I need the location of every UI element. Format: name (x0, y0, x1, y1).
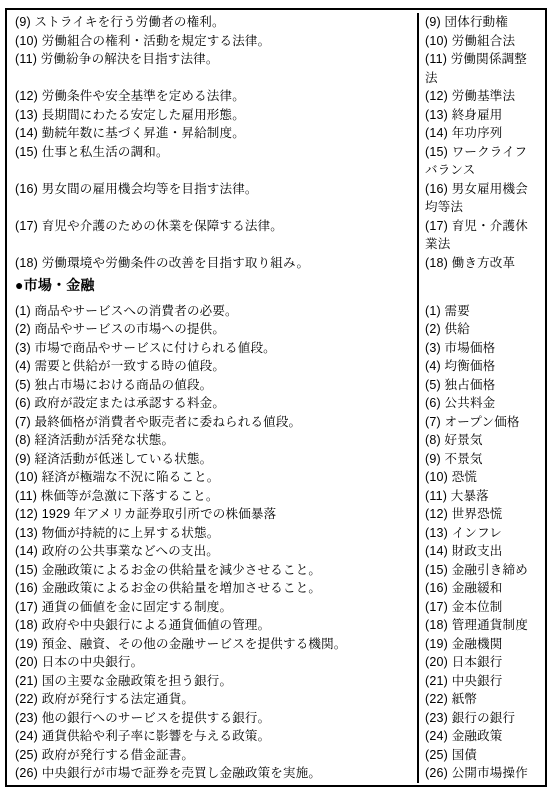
table-row: (11) 労働紛争の解決を目指す法律。 (11) 労働関係調整 法 (7, 50, 545, 87)
term-cell: (13) 終身雇用 (417, 106, 545, 125)
term-cell: (16) 男女雇用機会 均等法 (417, 180, 545, 217)
term-cell: (19) 金融機関 (417, 635, 545, 654)
term-cell: (26) 公開市場操作 (417, 764, 545, 783)
table-row: (23) 他の銀行へのサービスを提供する銀行。 (23) 銀行の銀行 (7, 709, 545, 728)
description-cell: (3) 市場で商品やサービスに付けられる値段。 (7, 339, 417, 358)
table-row: (14) 勤続年数に基づく昇進・昇給制度。 (14) 年功序列 (7, 124, 545, 143)
term-cell: (7) オープン価格 (417, 413, 545, 432)
table-row: (18) 労働環境や労働条件の改善を目指す取り組み。 (18) 働き方改革 (7, 254, 545, 273)
vocab-table: (9) ストライキを行う労働者の権利。 (9) 団体行動権 (10) 労働組合の… (5, 8, 547, 787)
term-cell: (17) 金本位制 (417, 598, 545, 617)
description-cell: (9) ストライキを行う労働者の権利。 (7, 13, 417, 32)
description-cell: (17) 育児や介護のための休業を保障する法律。 (7, 217, 417, 254)
term-cell: (13) インフレ (417, 524, 545, 543)
description-cell: (10) 労働組合の権利・活動を規定する法律。 (7, 32, 417, 51)
description-cell: (21) 国の主要な金融政策を担う銀行。 (7, 672, 417, 691)
term-cell: (10) 労働組合法 (417, 32, 545, 51)
table-row: (16) 金融政策によるお金の供給量を増加させること。 (16) 金融緩和 (7, 579, 545, 598)
description-cell: (17) 通貨の価値を金に固定する制度。 (7, 598, 417, 617)
term-cell: (6) 公共料金 (417, 394, 545, 413)
description-cell: (4) 需要と供給が一致する時の値段。 (7, 357, 417, 376)
table-row: (13) 長期間にわたる安定した雇用形態。 (13) 終身雇用 (7, 106, 545, 125)
description-cell: (15) 仕事と私生活の調和。 (7, 143, 417, 180)
table-row: (9) ストライキを行う労働者の権利。 (9) 団体行動権 (7, 13, 545, 32)
table-row: (7) 最終価格が消費者や販売者に委ねられる値段。 (7) オープン価格 (7, 413, 545, 432)
table-row: (14) 政府の公共事業などへの支出。 (14) 財政支出 (7, 542, 545, 561)
term-cell: (14) 財政支出 (417, 542, 545, 561)
term-cell: (21) 中央銀行 (417, 672, 545, 691)
table-row: (17) 育児や介護のための休業を保障する法律。 (17) 育児・介護休 業法 (7, 217, 545, 254)
description-cell: (26) 中央銀行が市場で証券を売買し金融政策を実施。 (7, 764, 417, 783)
term-cell: (15) ワークライフ バランス (417, 143, 545, 180)
description-cell: (18) 労働環境や労働条件の改善を目指す取り組み。 (7, 254, 417, 273)
table-row: (12) 1929 年アメリカ証券取引所での株価暴落 (12) 世界恐慌 (7, 505, 545, 524)
term-cell: (15) 金融引き締め (417, 561, 545, 580)
table-row: (21) 国の主要な金融政策を担う銀行。 (21) 中央銀行 (7, 672, 545, 691)
section-header-row: ●市場・金融 (7, 272, 545, 302)
table-row: (6) 政府が設定または承認する料金。 (6) 公共料金 (7, 394, 545, 413)
table-row: (17) 通貨の価値を金に固定する制度。 (17) 金本位制 (7, 598, 545, 617)
table-row: (22) 政府が発行する法定通貨。 (22) 紙幣 (7, 690, 545, 709)
table-row: (24) 通貨供給や利子率に影響を与える政策。 (24) 金融政策 (7, 727, 545, 746)
table-row: (1) 商品やサービスへの消費者の必要。 (1) 需要 (7, 302, 545, 321)
table-row: (13) 物価が持続的に上昇する状態。 (13) インフレ (7, 524, 545, 543)
term-cell: (16) 金融緩和 (417, 579, 545, 598)
term-cell (417, 272, 545, 302)
description-cell: (18) 政府や中央銀行による通貨価値の管理。 (7, 616, 417, 635)
table-row: (9) 経済活動が低迷している状態。 (9) 不景気 (7, 450, 545, 469)
term-cell: (2) 供給 (417, 320, 545, 339)
description-cell: (11) 株価等が急激に下落すること。 (7, 487, 417, 506)
description-cell: (6) 政府が設定または承認する料金。 (7, 394, 417, 413)
description-cell: (25) 政府が発行する借金証書。 (7, 746, 417, 765)
section-header-title: ●市場・金融 (7, 272, 417, 302)
table-row: (20) 日本の中央銀行。 (20) 日本銀行 (7, 653, 545, 672)
term-cell: (10) 恐慌 (417, 468, 545, 487)
term-cell: (11) 大暴落 (417, 487, 545, 506)
table-row: (12) 労働条件や安全基準を定める法律。 (12) 労働基準法 (7, 87, 545, 106)
table-row: (15) 仕事と私生活の調和。 (15) ワークライフ バランス (7, 143, 545, 180)
term-cell: (9) 団体行動権 (417, 13, 545, 32)
table-row: (18) 政府や中央銀行による通貨価値の管理。 (18) 管理通貨制度 (7, 616, 545, 635)
description-cell: (23) 他の銀行へのサービスを提供する銀行。 (7, 709, 417, 728)
description-cell: (8) 経済活動が活発な状態。 (7, 431, 417, 450)
term-cell: (23) 銀行の銀行 (417, 709, 545, 728)
term-cell: (3) 市場価格 (417, 339, 545, 358)
description-cell: (13) 長期間にわたる安定した雇用形態。 (7, 106, 417, 125)
description-cell: (14) 勤続年数に基づく昇進・昇給制度。 (7, 124, 417, 143)
table-row: (3) 市場で商品やサービスに付けられる値段。 (3) 市場価格 (7, 339, 545, 358)
table-row: (4) 需要と供給が一致する時の値段。 (4) 均衡価格 (7, 357, 545, 376)
term-cell: (4) 均衡価格 (417, 357, 545, 376)
table-row: (19) 預金、融資、その他の金融サービスを提供する機関。 (19) 金融機関 (7, 635, 545, 654)
term-cell: (8) 好景気 (417, 431, 545, 450)
table-row: (10) 労働組合の権利・活動を規定する法律。 (10) 労働組合法 (7, 32, 545, 51)
table-row: (8) 経済活動が活発な状態。 (8) 好景気 (7, 431, 545, 450)
description-cell: (19) 預金、融資、その他の金融サービスを提供する機関。 (7, 635, 417, 654)
description-cell: (1) 商品やサービスへの消費者の必要。 (7, 302, 417, 321)
term-cell: (18) 働き方改革 (417, 254, 545, 273)
term-cell: (14) 年功序列 (417, 124, 545, 143)
description-cell: (10) 経済が極端な不況に陥ること。 (7, 468, 417, 487)
description-cell: (11) 労働紛争の解決を目指す法律。 (7, 50, 417, 87)
term-cell: (24) 金融政策 (417, 727, 545, 746)
term-cell: (12) 労働基準法 (417, 87, 545, 106)
description-cell: (5) 独占市場における商品の値段。 (7, 376, 417, 395)
table-row: (10) 経済が極端な不況に陥ること。 (10) 恐慌 (7, 468, 545, 487)
term-cell: (11) 労働関係調整 法 (417, 50, 545, 87)
term-cell: (12) 世界恐慌 (417, 505, 545, 524)
table-row: (25) 政府が発行する借金証書。 (25) 国債 (7, 746, 545, 765)
table-row: (2) 商品やサービスの市場への提供。 (2) 供給 (7, 320, 545, 339)
table-row: (26) 中央銀行が市場で証券を売買し金融政策を実施。 (26) 公開市場操作 (7, 764, 545, 783)
term-cell: (20) 日本銀行 (417, 653, 545, 672)
term-cell: (9) 不景気 (417, 450, 545, 469)
description-cell: (24) 通貨供給や利子率に影響を与える政策。 (7, 727, 417, 746)
table-row: (5) 独占市場における商品の値段。 (5) 独占価格 (7, 376, 545, 395)
table-row: (16) 男女間の雇用機会均等を目指す法律。 (16) 男女雇用機会 均等法 (7, 180, 545, 217)
description-cell: (16) 金融政策によるお金の供給量を増加させること。 (7, 579, 417, 598)
table-row: (11) 株価等が急激に下落すること。 (11) 大暴落 (7, 487, 545, 506)
description-cell: (13) 物価が持続的に上昇する状態。 (7, 524, 417, 543)
description-cell: (12) 1929 年アメリカ証券取引所での株価暴落 (7, 505, 417, 524)
term-cell: (1) 需要 (417, 302, 545, 321)
description-cell: (20) 日本の中央銀行。 (7, 653, 417, 672)
description-cell: (9) 経済活動が低迷している状態。 (7, 450, 417, 469)
description-cell: (16) 男女間の雇用機会均等を目指す法律。 (7, 180, 417, 217)
description-cell: (14) 政府の公共事業などへの支出。 (7, 542, 417, 561)
description-cell: (12) 労働条件や安全基準を定める法律。 (7, 87, 417, 106)
description-cell: (15) 金融政策によるお金の供給量を減少させること。 (7, 561, 417, 580)
description-cell: (22) 政府が発行する法定通貨。 (7, 690, 417, 709)
term-cell: (22) 紙幣 (417, 690, 545, 709)
description-cell: (7) 最終価格が消費者や販売者に委ねられる値段。 (7, 413, 417, 432)
term-cell: (18) 管理通貨制度 (417, 616, 545, 635)
term-cell: (17) 育児・介護休 業法 (417, 217, 545, 254)
table-row: (15) 金融政策によるお金の供給量を減少させること。 (15) 金融引き締め (7, 561, 545, 580)
term-cell: (5) 独占価格 (417, 376, 545, 395)
description-cell: (2) 商品やサービスの市場への提供。 (7, 320, 417, 339)
term-cell: (25) 国債 (417, 746, 545, 765)
